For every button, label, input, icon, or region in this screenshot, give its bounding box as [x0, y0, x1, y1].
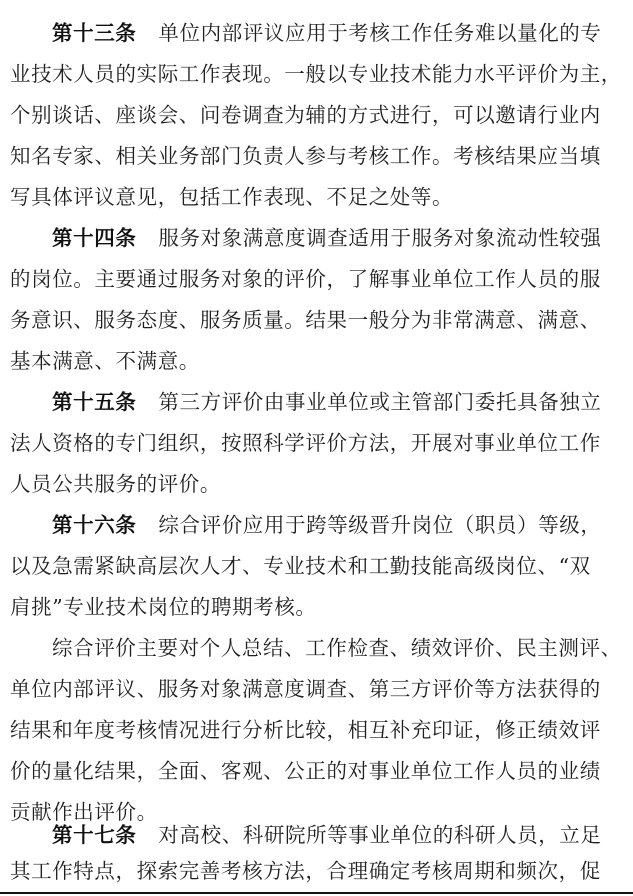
text-line: 业技术人员的实际工作表现。一般以专业技术能力水平评价为主， — [10, 59, 625, 89]
article-number: 第十四条 — [52, 226, 136, 250]
line-text: 第三方评价由事业单位或主管部门委托具备独立 — [158, 390, 601, 414]
article-number: 第十七条 — [52, 823, 136, 847]
bottom-border — [0, 892, 633, 894]
text-line: 其工作特点，探索完善考核方法，合理确定考核周期和频次，促 — [10, 856, 625, 886]
text-line: 法人资格的专门组织，按照科学评价方法，开展对事业单位工作 — [10, 428, 625, 458]
line-text: 对高校、科研院所等事业单位的科研人员，立足 — [158, 823, 601, 847]
article-number: 第十六条 — [52, 513, 136, 537]
article-number: 第十五条 — [52, 390, 136, 414]
line-text: 综合评价应用于跨等级晋升岗位（职员）等级， — [158, 513, 601, 537]
text-line: 价的量化结果，全面、客观、公正的对事业单位工作人员的业绩 — [10, 756, 625, 786]
text-line: 以及急需紧缺高层次人才、专业技术和工勤技能高级岗位、“双 — [10, 551, 625, 581]
text-line: 第十七条对高校、科研院所等事业单位的科研人员，立足 — [52, 820, 633, 850]
text-line: 务意识、服务态度、服务质量。结果一般分为非常满意、满意、 — [10, 305, 625, 335]
line-text: 单位内部评议应用于考核工作任务难以量化的专 — [158, 21, 601, 45]
text-line: 的岗位。主要通过服务对象的评价，了解事业单位工作人员的服 — [10, 264, 625, 294]
text-line: 写具体评议意见，包括工作表现、不足之处等。 — [10, 182, 625, 212]
text-line: 第十四条服务对象满意度调查适用于服务对象流动性较强 — [52, 223, 633, 253]
text-line: 综合评价主要对个人总结、工作检查、绩效评价、民主测评、 — [52, 633, 633, 663]
document-page: 第十三条单位内部评议应用于考核工作任务难以量化的专 业技术人员的实际工作表现。一… — [0, 0, 633, 896]
text-line: 肩挑”专业技术岗位的聘期考核。 — [10, 592, 625, 622]
text-line: 第十六条综合评价应用于跨等级晋升岗位（职员）等级， — [52, 510, 633, 540]
text-line: 第十三条单位内部评议应用于考核工作任务难以量化的专 — [52, 18, 633, 48]
article-number: 第十三条 — [52, 21, 136, 45]
text-line: 第十五条第三方评价由事业单位或主管部门委托具备独立 — [52, 387, 633, 417]
text-line: 个别谈话、座谈会、问卷调查为辅的方式进行，可以邀请行业内 — [10, 100, 625, 130]
text-line: 结果和年度考核情况进行分析比较，相互补充印证，修正绩效评 — [10, 715, 625, 745]
text-line: 单位内部评议、服务对象满意度调查、第三方评价等方法获得的 — [10, 674, 625, 704]
text-line: 人员公共服务的评价。 — [10, 469, 625, 499]
text-line: 基本满意、不满意。 — [10, 346, 625, 376]
text-line: 知名专家、相关业务部门负责人参与考核工作。考核结果应当填 — [10, 141, 625, 171]
line-text: 服务对象满意度调查适用于服务对象流动性较强 — [158, 226, 601, 250]
